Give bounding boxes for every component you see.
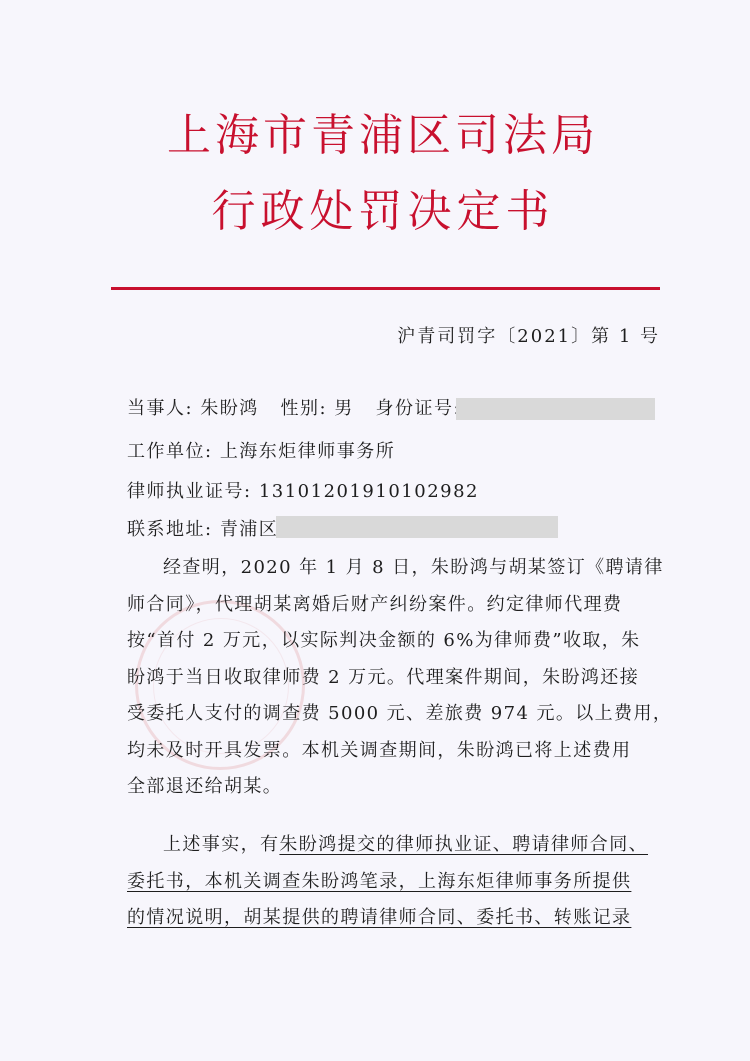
paragraph-line: 受委托人支付的调查费 5000 元、差旅费 974 元。以上费用， [127, 696, 657, 733]
document-page: 上海市青浦区司法局 行政处罚决定书 沪青司罚字〔2021〕第 1 号 当事人: … [0, 0, 750, 1061]
name-label: 当事人: [127, 398, 193, 419]
address-label: 联系地址: [127, 519, 213, 540]
address-district: 青浦区 [220, 519, 279, 540]
evidence-list-text: 委托书，本机关调查朱盼鸿笔录，上海东炬律师事务所提供 [127, 864, 657, 901]
evidence-intro: 上述事实，有 [163, 834, 279, 855]
paragraph-line: 全部退还给胡某。 [127, 769, 657, 806]
license-line: 律师执业证号: 13101201910102982 [127, 483, 479, 501]
employer-name: 上海东炬律师事务所 [220, 441, 396, 462]
evidence-list-text: 的情况说明，胡某提供的聘请律师合同、委托书、转账记录 [127, 900, 657, 937]
party-name: 朱盼鸿 [200, 398, 259, 419]
gender-label: 性别: [280, 398, 327, 419]
employer-line: 工作单位: 上海东炬律师事务所 [127, 443, 395, 461]
id-number-redaction [456, 398, 655, 420]
evidence-list-text: 朱盼鸿提交的律师执业证、聘请律师合同、 [279, 834, 648, 855]
employer-label: 工作单位: [127, 441, 213, 462]
license-label: 律师执业证号: [127, 481, 252, 502]
paragraph-line: 均未及时开具发票。本机关调查期间，朱盼鸿已将上述费用 [127, 733, 657, 770]
license-number: 13101201910102982 [259, 481, 479, 502]
paragraph-line: 上述事实，有朱盼鸿提交的律师执业证、聘请律师合同、 [127, 827, 657, 864]
id-label: 身份证号: [375, 398, 461, 419]
paragraph-line: 盼鸿于当日收取律师费 2 万元。代理案件期间，朱盼鸿还接 [127, 660, 657, 697]
address-redaction [276, 516, 558, 538]
document-type-title: 行政处罚决定书 [8, 190, 750, 234]
paragraph-line: 按“首付 2 万元，以实际判决金额的 6%为律师费”收取，朱 [127, 623, 657, 660]
party-gender: 男 [334, 398, 354, 419]
address-line: 联系地址: 青浦区 [127, 521, 278, 539]
document-number: 沪青司罚字〔2021〕第 1 号 [397, 322, 660, 348]
red-header-divider [111, 287, 660, 290]
issuing-authority-title: 上海市青浦区司法局 [8, 114, 750, 158]
party-line: 当事人: 朱盼鸿 性别: 男 身份证号: [127, 400, 461, 418]
paragraph-line: 师合同》，代理胡某离婚后财产纠纷案件。约定律师代理费 [127, 587, 657, 624]
evidence-paragraph: 上述事实，有朱盼鸿提交的律师执业证、聘请律师合同、 委托书，本机关调查朱盼鸿笔录… [127, 827, 657, 937]
findings-paragraph: 经查明，2020 年 1 月 8 日，朱盼鸿与胡某签订《聘请律 师合同》，代理胡… [127, 550, 657, 806]
paragraph-line: 经查明，2020 年 1 月 8 日，朱盼鸿与胡某签订《聘请律 [127, 550, 657, 587]
